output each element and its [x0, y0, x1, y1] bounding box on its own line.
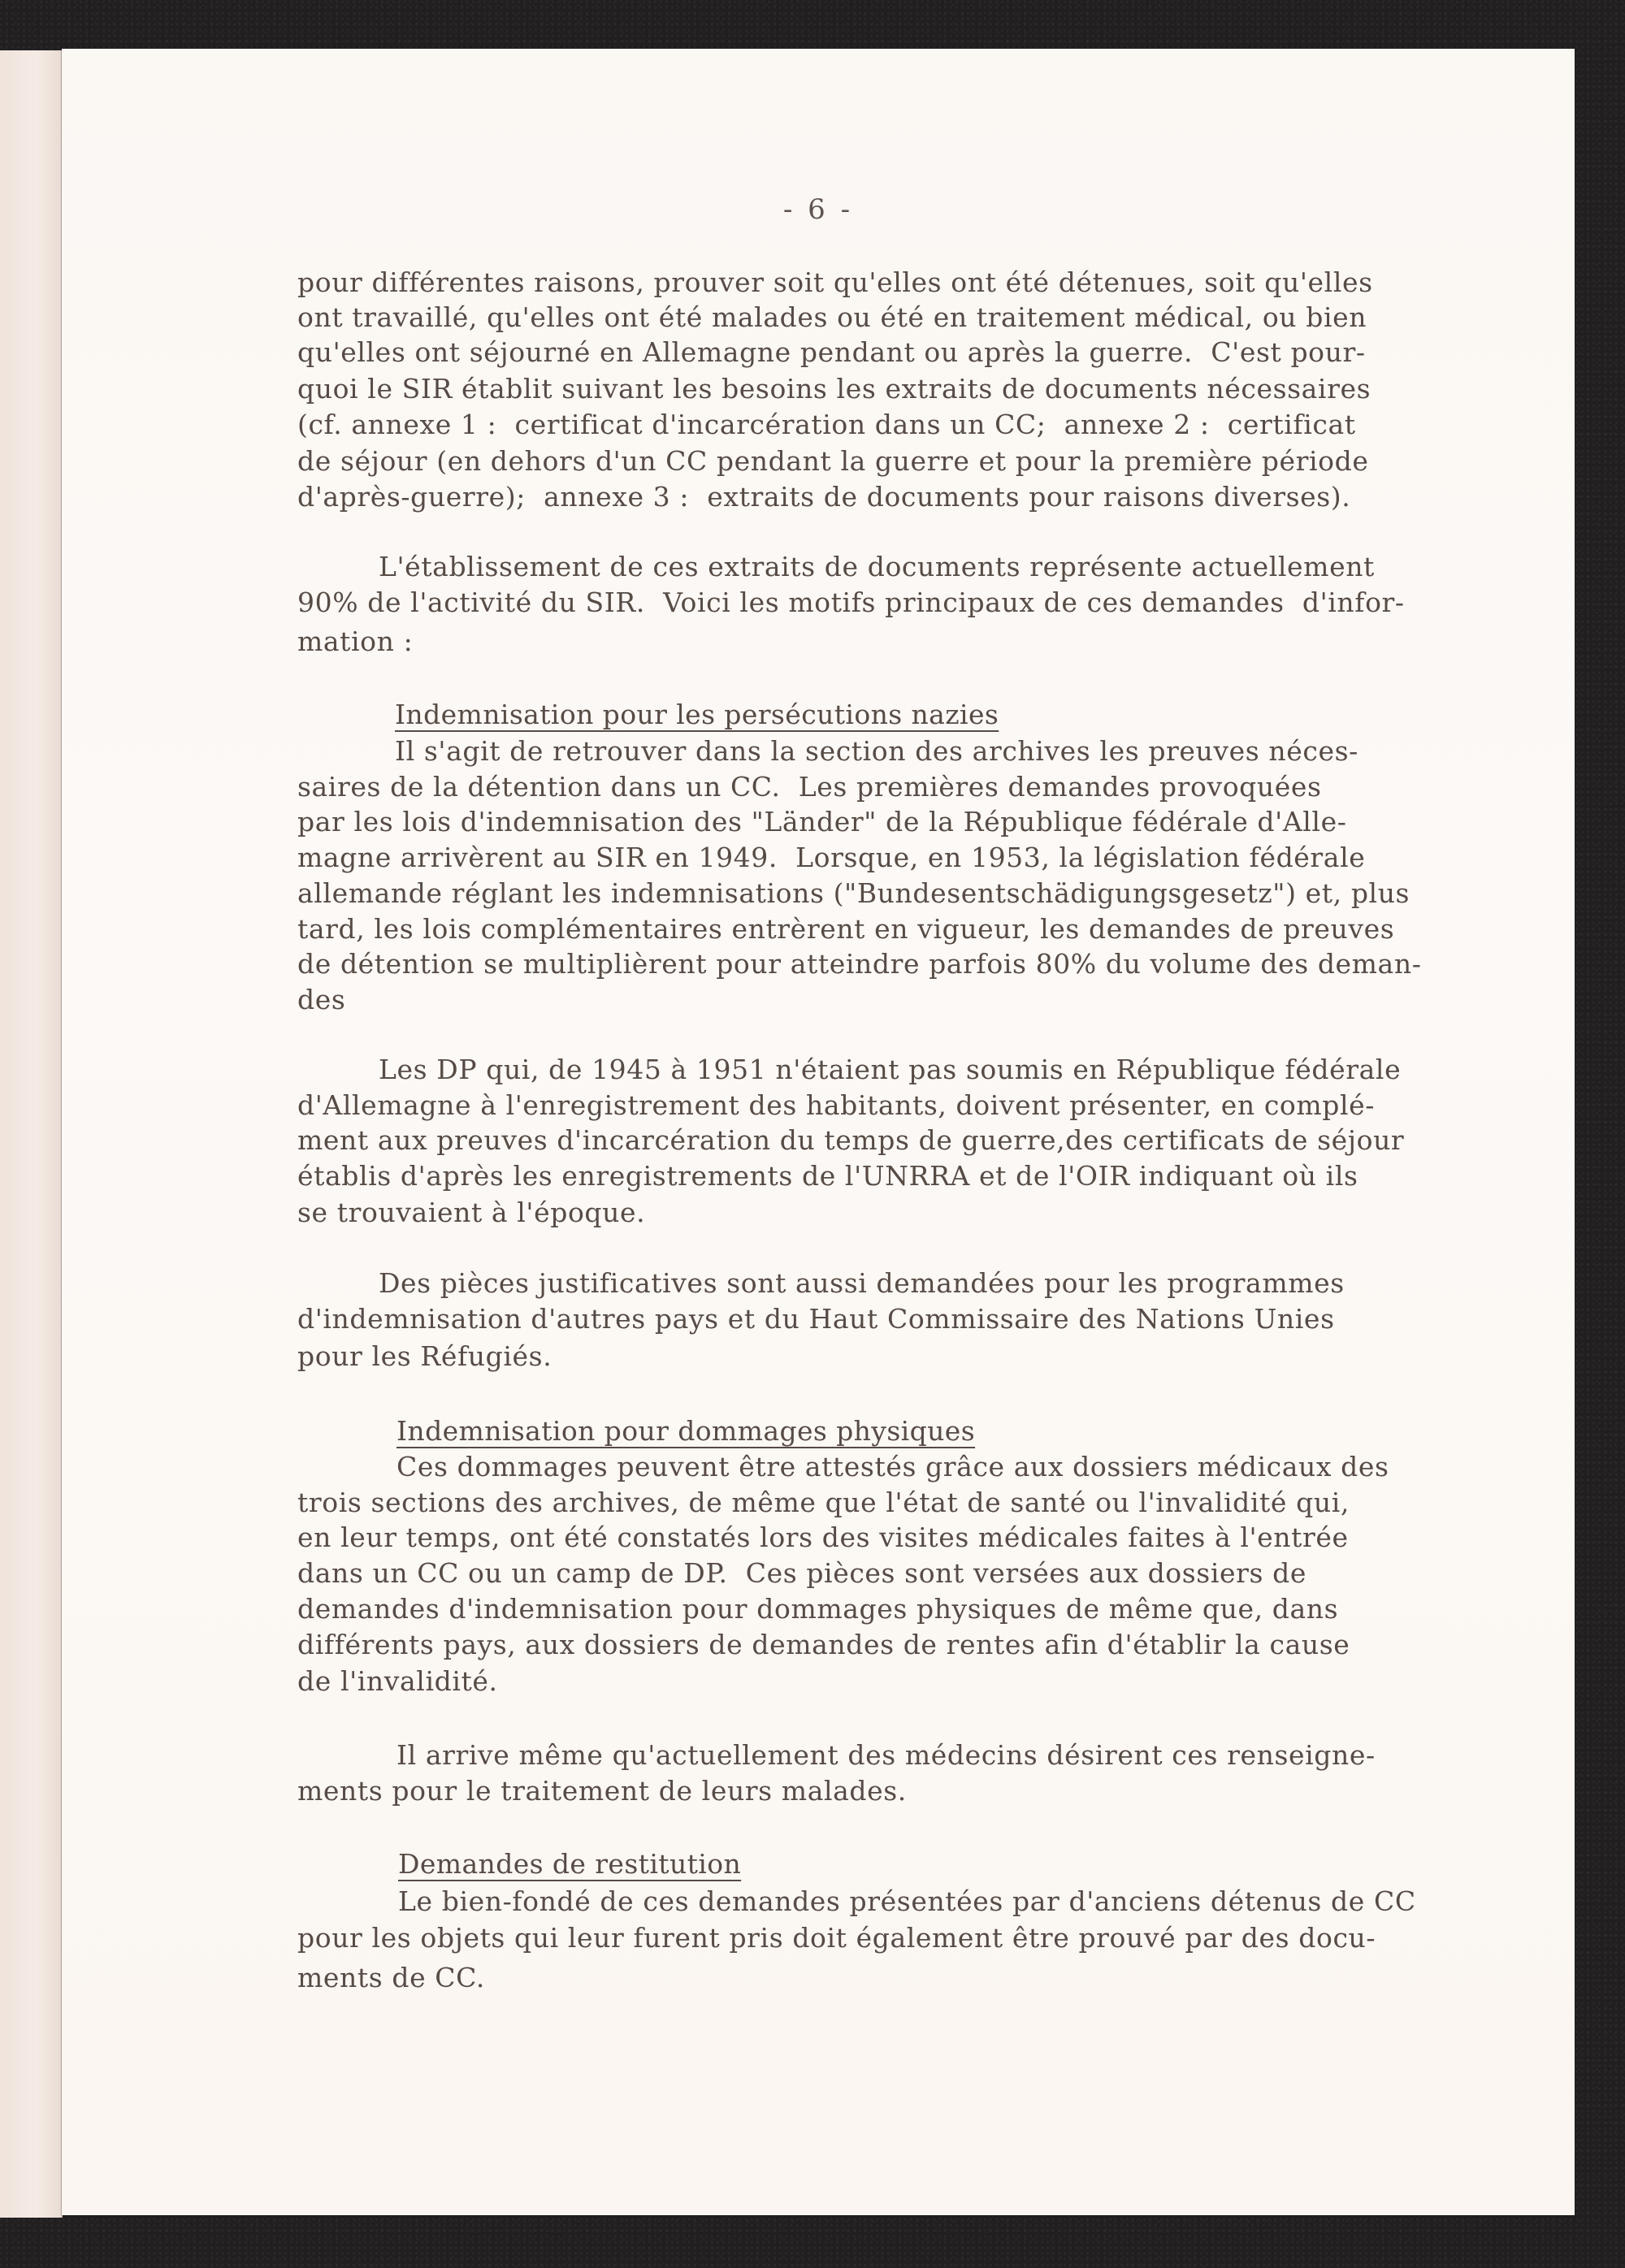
paragraph-1-line: pour différentes raisons, prouver soit q… [297, 266, 1373, 299]
paragraph-1-line: de séjour (en dehors d'un CC pendant la … [297, 445, 1368, 478]
section-2-line: en leur temps, ont été constatés lors de… [297, 1521, 1349, 1554]
section-2-line: différents pays, aux dossiers de demande… [297, 1629, 1350, 1661]
paragraph-3-line: ment aux preuves d'incarcération du temp… [297, 1124, 1404, 1157]
section-heading-restitution: Demandes de restitution [398, 1848, 741, 1881]
paragraph-3-line: établis d'après les enregistrements de l… [297, 1160, 1358, 1192]
document-page: - 6 - pour différentes raisons, prouver … [62, 49, 1575, 2215]
previous-page-edge [0, 50, 63, 2218]
paragraph-1-line: d'après-guerre); annexe 3 : extraits de … [297, 481, 1350, 513]
paragraph-4-line: d'indemnisation d'autres pays et du Haut… [297, 1303, 1335, 1335]
page-number: - 6 - [62, 193, 1575, 226]
paragraph-2-line: L'établissement de ces extraits de docum… [379, 551, 1375, 583]
section-1-line: saires de la détention dans un CC. Les p… [297, 771, 1322, 803]
section-heading-persecutions: Indemnisation pour les persécutions nazi… [395, 699, 999, 731]
paragraph-2-line: 90% de l'activité du SIR. Voici les moti… [297, 586, 1405, 619]
section-1-line: magne arrivèrent au SIR en 1949. Lorsque… [297, 842, 1365, 874]
section-1-line: de détention se multiplièrent pour attei… [297, 948, 1421, 980]
section-1-line: des [297, 984, 345, 1016]
section-2-line: dans un CC ou un camp de DP. Ces pièces … [297, 1557, 1306, 1590]
paragraph-3-line: se trouvaient à l'époque. [297, 1197, 645, 1229]
section-1-line: Il s'agit de retrouver dans la section d… [395, 735, 1358, 768]
section-2-line: demandes d'indemnisation pour dommages p… [297, 1593, 1338, 1625]
section-2-line: de l'invalidité. [297, 1665, 498, 1698]
section-3-line: Le bien-fondé de ces demandes présentées… [398, 1885, 1416, 1918]
section-2-line: Ces dommages peuvent être attestés grâce… [396, 1451, 1389, 1483]
section-2-line: trois sections des archives, de même que… [297, 1487, 1350, 1519]
paragraph-1-line: ont travaillé, qu'elles ont été malades … [297, 301, 1367, 334]
paragraph-5-line: Il arrive même qu'actuellement des médec… [396, 1739, 1376, 1772]
section-3-line: pour les objets qui leur furent pris doi… [297, 1922, 1376, 1954]
paragraph-1-line: quoi le SIR établit suivant les besoins … [297, 373, 1371, 405]
paragraph-4-line: Des pièces justificatives sont aussi dem… [379, 1267, 1345, 1300]
section-heading-physical-damage: Indemnisation pour dommages physiques [396, 1415, 975, 1448]
paragraph-3-line: Les DP qui, de 1945 à 1951 n'étaient pas… [379, 1054, 1401, 1086]
paragraph-3-line: d'Allemagne à l'enregistrement des habit… [297, 1089, 1375, 1122]
section-1-line: tard, les lois complémentaires entrèrent… [297, 913, 1394, 946]
paragraph-5-line: ments pour le traitement de leurs malade… [297, 1775, 907, 1807]
paragraph-4-line: pour les Réfugiés. [297, 1340, 552, 1373]
paragraph-1-line: (cf. annexe 1 : certificat d'incarcérati… [297, 409, 1356, 441]
section-1-line: par les lois d'indemnisation des "Länder… [297, 806, 1346, 838]
section-3-line: ments de CC. [297, 1962, 485, 1994]
paragraph-2-line: mation : [297, 625, 413, 658]
paragraph-1-line: qu'elles ont séjourné en Allemagne penda… [297, 336, 1366, 369]
section-1-line: allemande réglant les indemnisations ("B… [297, 877, 1410, 910]
